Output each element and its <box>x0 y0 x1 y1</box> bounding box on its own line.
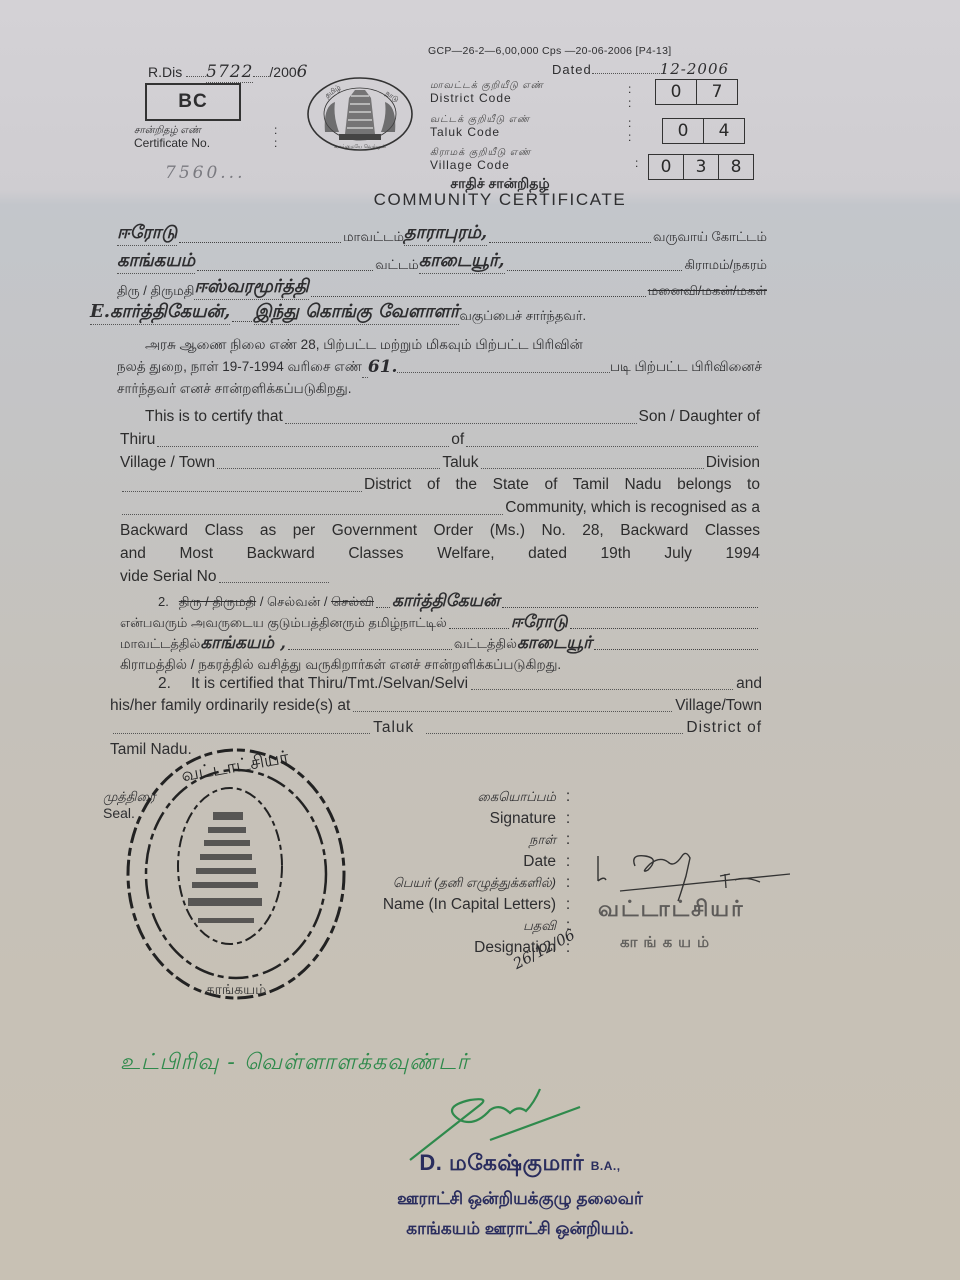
tamil-name-row: E.கார்த்திகேயன், இந்து கொங்கு வேளாளர் வக… <box>90 301 767 325</box>
english-certificate-paragraph: This is to certify thatSon / Daughter of… <box>120 406 760 588</box>
taluk-label: வட்டம் <box>375 257 419 274</box>
text: Son / Daughter of <box>639 406 761 429</box>
text: It is certified that Thiru/Tmt./Selvan/S… <box>191 673 468 695</box>
residence-line-2: என்பவரும் அவருடைய குடும்பத்தினரும் தமிழ்… <box>120 612 760 633</box>
officer-name-stamp: வட்டாட்சியர் <box>598 897 745 925</box>
designation-label: பதவி: <box>250 915 580 937</box>
name-value: E.கார்த்திகேயன், <box>90 301 230 325</box>
rdis-number: R.Dis 5722/2006 <box>148 62 308 83</box>
text: Name (In Capital Letters) <box>383 894 556 916</box>
taluk-code-en: Taluk Code <box>430 126 530 138</box>
code-digit: 0 <box>656 80 697 104</box>
colon: :: <box>628 116 631 144</box>
taluk-code-row: வட்டக் குறியீடு எண் Taluk Code <box>430 114 530 138</box>
division-label: வருவாய் கோட்டம் <box>653 229 767 246</box>
residence-en-line-1: 2. It is certified that Thiru/Tmt./Selva… <box>110 673 762 695</box>
text: Date <box>523 851 556 873</box>
text: பதவி <box>523 915 556 937</box>
tamil-taluk-row: காங்கயம் வட்டம் காடையூர், கிராமம்/நகரம் <box>117 250 767 274</box>
resident-district-value: ஈரோடு <box>511 612 568 633</box>
resident-village-value: காடையூர் <box>517 633 592 654</box>
signature-block-labels: கையொப்பம்: Signature: நாள்: Date: <box>405 786 580 872</box>
village-value: காடையூர், <box>419 250 505 274</box>
text: District of <box>686 717 762 739</box>
english-line-6: Backward Class as per Government Order (… <box>120 520 760 543</box>
go-line-2a: நலத் துறை, நாள் 19-7-1994 வரிசை எண் <box>117 356 362 378</box>
certificate-no-en: Certificate No. <box>134 137 210 150</box>
dated-label: Dated <box>552 62 592 77</box>
text: of <box>451 429 464 452</box>
residence-en-line-2: his/her family ordinarily reside(s) atVi… <box>110 695 762 717</box>
district-code-row: மாவட்டக் குறியீடு எண் District Code <box>430 80 544 104</box>
english-line-5: Community, which is recognised as a <box>120 497 760 520</box>
subcaste-note: உட்பிரிவு - வெள்ளாளக்கவுண்டர் <box>120 1050 469 1078</box>
title-english: COMMUNITY CERTIFICATE <box>0 190 960 210</box>
go-line-2b: படி பிற்பட்ட பிரிவினைச் <box>610 356 762 378</box>
text: This is to certify that <box>145 406 283 429</box>
relation-label: மனைவி/மகன்/மகள் <box>648 283 767 300</box>
district-code-box: 0 7 <box>655 79 738 105</box>
text: என்பவரும் அவருடைய குடும்பத்தினரும் தமிழ்… <box>120 612 447 633</box>
go-line-3: சார்ந்தவர் எனச் சான்றளிக்கப்படுகிறது. <box>117 378 762 400</box>
serial-value: 61. <box>368 356 398 378</box>
parent-prefix: திரு / திருமதி <box>117 283 194 300</box>
text: his/her family ordinarily reside(s) at <box>110 695 350 717</box>
community-value: இந்து கொங்கு வேளாளர் <box>254 301 459 325</box>
text: vide Serial No <box>120 566 217 589</box>
resident-name-value: கார்த்திகேயன் <box>392 591 500 612</box>
residence-line-4: கிராமத்தில் / நகரத்தில் வசித்து வருகிறார… <box>120 654 760 675</box>
attesting-officer-name: D. மகேஷ்குமார் B.A., <box>370 1150 670 1179</box>
english-line-4: District of the State of Tamil Nadu belo… <box>120 474 760 497</box>
text: Signature <box>490 808 556 830</box>
village-code-en: Village Code <box>430 159 531 171</box>
category-box: BC <box>145 83 241 121</box>
text: Division <box>706 452 760 475</box>
english-line-8: vide Serial No <box>120 566 760 589</box>
division-value: தாராபுரம், <box>404 222 487 246</box>
district-label: மாவட்டம் <box>343 229 404 246</box>
village-code-row: கிராமக் குறியீடு எண் Village Code <box>430 147 531 171</box>
residence-en-line-3: TalukDistrict of <box>110 717 762 739</box>
svg-text:வாய்மையே வெல்லும்: வாய்மையே வெல்லும் <box>334 144 386 150</box>
text: நாள் <box>529 829 556 851</box>
code-digit: 4 <box>704 119 744 143</box>
date-label: நாள்: <box>405 829 580 851</box>
name-label: பெயர் (தனி எழுத்துக்களில்): <box>250 872 580 894</box>
rdis-label: R.Dis <box>148 64 182 80</box>
text: கையொப்பம் <box>478 786 556 808</box>
struck-prefix: திரு / திருமதி <box>179 591 256 612</box>
go-line-1: அரசு ஆணை நிலை எண் 28, பிற்பட்ட மற்றும் ம… <box>117 334 762 356</box>
go-line-2: நலத் துறை, நாள் 19-7-1994 வரிசை எண் 61. … <box>117 356 762 378</box>
prefix: / செல்வன் / <box>260 591 328 612</box>
text: Community, which is recognised as a <box>505 497 760 520</box>
english-line-1: This is to certify thatSon / Daughter of <box>120 406 760 429</box>
date-label-en: Date: <box>405 851 580 873</box>
seal-label: முத்திரை Seal. <box>103 788 156 822</box>
para-number: 2. <box>158 673 171 695</box>
text: Thiru <box>120 429 155 452</box>
village-label: கிராமம்/நகரம் <box>684 257 767 274</box>
community-suffix: வகுப்பைச் சார்ந்தவர். <box>459 308 586 325</box>
attesting-officer-office: காங்கயம் ஊராட்சி ஒன்றியம். <box>370 1219 670 1241</box>
para-number: 2. <box>158 591 169 612</box>
tamil-district-row: ஈரோடு மாவட்டம் தாராபுரம், வருவாய் கோட்டம… <box>117 222 767 246</box>
text: Taluk <box>373 717 414 739</box>
district-value: ஈரோடு <box>117 222 177 246</box>
residence-line-3: மாவட்டத்தில் காங்கயம் , வட்டத்தில் காடைய… <box>120 633 760 654</box>
english-line-7: and Most Backward Classes Welfare, dated… <box>120 543 760 566</box>
svg-text:காங்கயம்: காங்கயம் <box>206 982 267 998</box>
seal-label-en: Seal. <box>103 805 156 822</box>
text: District of the State of Tamil Nadu belo… <box>364 474 760 497</box>
tamil-residence-paragraph: 2. திரு / திருமதி / செல்வன் / செல்வி கார… <box>120 591 760 675</box>
print-info: GCP—26-2—6,00,000 Cps —20-06-2006 [P4-13… <box>428 45 671 57</box>
tamil-nadu-emblem-icon: வாய்மையே வெல்லும் தமிழ் நாடு <box>305 76 415 156</box>
district-code-en: District Code <box>430 92 544 104</box>
officer-name: D. மகேஷ்குமார் <box>419 1150 584 1175</box>
officer-degree: B.A., <box>591 1159 621 1173</box>
dated-field: Dated12-2006 <box>552 60 729 78</box>
colon: : <box>635 156 638 170</box>
english-line-2: Thiruof <box>120 429 760 452</box>
code-digit: 7 <box>697 80 737 104</box>
tamil-go-paragraph: அரசு ஆணை நிலை எண் 28, பிற்பட்ட மற்றும் ம… <box>117 334 762 400</box>
name-label-en: Name (In Capital Letters): <box>250 894 580 916</box>
text: வட்டத்தில் <box>454 633 517 654</box>
signature-label-en: Signature: <box>405 808 580 830</box>
text: Taluk <box>442 452 478 475</box>
attesting-officer-stamp: D. மகேஷ்குமார் B.A., ஊராட்சி ஒன்றியக்குழ… <box>370 1150 670 1241</box>
dated-value: 12-2006 <box>660 60 729 78</box>
rdis-year: /200 <box>269 64 296 80</box>
resident-taluk-value: காங்கயம் , <box>200 633 286 654</box>
taluk-value: காங்கயம் <box>117 250 195 274</box>
taluk-code-box: 0 4 <box>662 118 745 144</box>
parent-value: ஈஸ்வரமூர்த்தி <box>194 276 308 300</box>
english-line-3: Village / TownTalukDivision <box>120 452 760 475</box>
rdis-value: 5722 <box>206 62 253 83</box>
text: பெயர் (தனி எழுத்துக்களில்) <box>393 872 556 894</box>
residence-line-1: 2. திரு / திருமதி / செல்வன் / செல்வி கார… <box>120 591 760 612</box>
attesting-officer-title: ஊராட்சி ஒன்றியக்குழு தலைவர் <box>370 1189 670 1211</box>
tamil-parent-row: திரு / திருமதி ஈஸ்வரமூர்த்தி மனைவி/மகன்/… <box>117 276 767 300</box>
text: and <box>736 673 762 695</box>
text: Village / Town <box>120 452 215 475</box>
officer-designation-stamp: காங்கயம் <box>620 933 715 953</box>
signature-label: கையொப்பம்: <box>405 786 580 808</box>
struck-prefix: செல்வி <box>331 591 374 612</box>
text: Village/Town <box>675 695 762 717</box>
seal-label-ta: முத்திரை <box>103 788 156 805</box>
text: மாவட்டத்தில் <box>120 633 200 654</box>
colon: :: <box>628 82 631 110</box>
code-digit: 0 <box>663 119 704 143</box>
certificate-no-label: சான்றிதழ் எண் Certificate No. :: <box>134 124 210 150</box>
